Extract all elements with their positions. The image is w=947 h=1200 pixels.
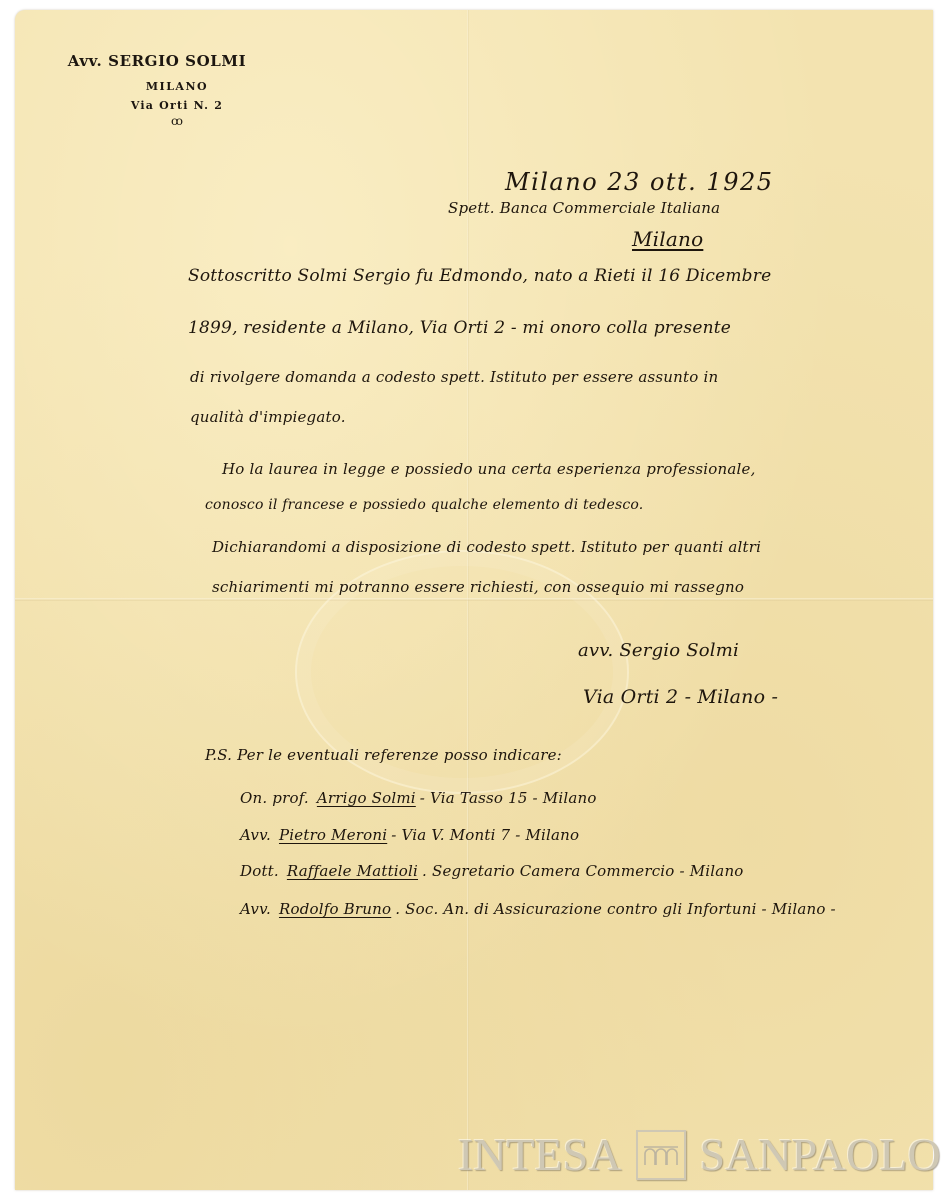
reference-name: Rodolfo Bruno (279, 900, 391, 918)
reference-title: Avv. (240, 826, 271, 844)
reference-detail: - Via V. Monti 7 - Milano (391, 826, 579, 844)
body-line: schiarimenti mi potranno essere richiest… (212, 578, 744, 596)
reference-detail: . Soc. An. di Assicurazione contro gli I… (395, 900, 836, 918)
reference-name: Raffaele Mattioli (287, 862, 418, 880)
letterhead: Avv. SERGIO SOLMI MILANO Via Orti N. 2 ꝏ (52, 52, 262, 128)
watermark-left-text: INTESA (458, 1128, 622, 1181)
recipient-city: Milano (632, 227, 703, 251)
signature-address: Via Orti 2 - Milano - (583, 686, 778, 708)
body-line: Dichiarandomi a disposizione di codesto … (212, 538, 761, 556)
body-line: Ho la laurea in legge e possiedo una cer… (222, 460, 756, 478)
reference-detail: - Via Tasso 15 - Milano (420, 789, 597, 807)
recipient-salutation: Spett. Banca Commerciale Italiana (448, 199, 720, 217)
reference-detail: . Segretario Camera Commercio - Milano (422, 862, 744, 880)
body-line: conosco il francese e possiedo qualche e… (205, 497, 643, 513)
reference-title: Avv. (240, 900, 271, 918)
reference-name: Arrigo Solmi (317, 789, 416, 807)
body-line: qualità d'impiegato. (190, 408, 346, 426)
intesa-sanpaolo-watermark: INTESA SANPAOLO (458, 1128, 941, 1181)
arches-logo-icon (636, 1130, 686, 1180)
reference-item: Avv.Rodolfo Bruno. Soc. An. di Assicuraz… (240, 900, 836, 918)
letterhead-address: Via Orti N. 2 (92, 99, 262, 112)
letterhead-name: Avv. SERGIO SOLMI (52, 52, 262, 70)
place-date: Milano 23 ott. 1925 (505, 168, 774, 196)
reference-title: On. prof. (240, 789, 309, 807)
ornament-icon: ꝏ (92, 114, 262, 128)
body-line: 1899, residente a Milano, Via Orti 2 - m… (188, 318, 731, 338)
reference-item: Dott.Raffaele Mattioli. Segretario Camer… (240, 862, 744, 880)
signature: avv. Sergio Solmi (578, 640, 739, 661)
body-line: Sottoscritto Solmi Sergio fu Edmondo, na… (188, 266, 771, 286)
postscript-intro: P.S. Per le eventuali referenze posso in… (205, 746, 562, 764)
reference-title: Dott. (240, 862, 279, 880)
reference-name: Pietro Meroni (279, 826, 387, 844)
reference-item: On. prof.Arrigo Solmi- Via Tasso 15 - Mi… (240, 789, 597, 807)
reference-item: Avv.Pietro Meroni- Via V. Monti 7 - Mila… (240, 826, 579, 844)
watermark-right-text: SANPAOLO (700, 1128, 941, 1181)
letterhead-city: MILANO (92, 80, 262, 93)
body-line: di rivolgere domanda a codesto spett. Is… (190, 368, 718, 386)
letter-page (15, 10, 933, 1190)
